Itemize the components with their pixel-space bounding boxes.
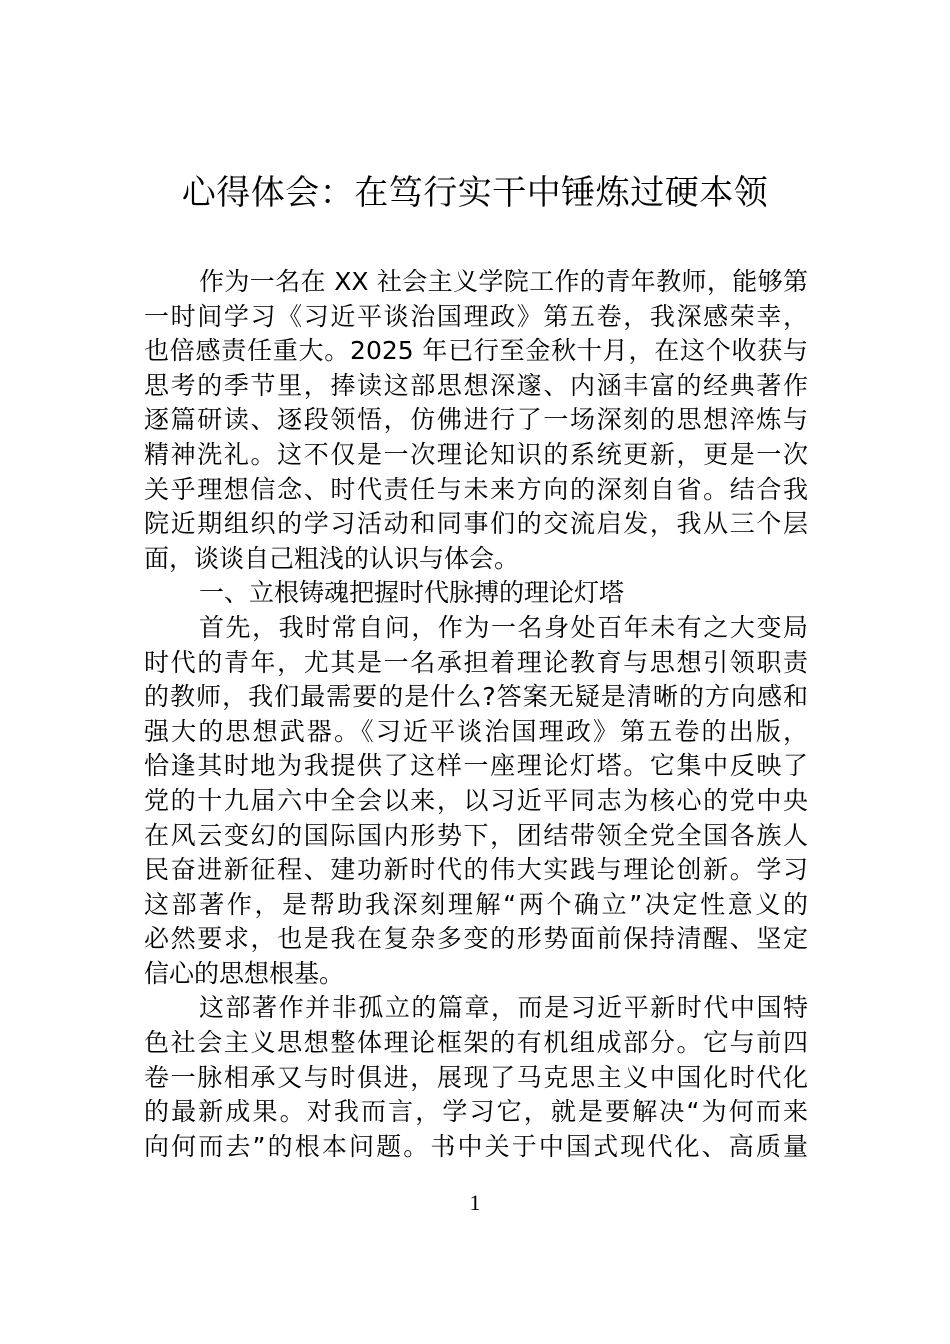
text-line: 一时间学习《习近平谈治国理政》第五卷，我深感荣幸， [144, 300, 808, 335]
text-line: 时代的青年，尤其是一名承担着理论教育与思想引领职责 [144, 646, 808, 681]
text-line: 思考的季节里，捧读这部思想深邃、内涵丰富的经典著作 [144, 369, 808, 404]
text-line: 关乎理想信念、时代责任与未来方向的深刻自省。结合我 [144, 473, 808, 508]
text-line: 面，谈谈自己粗浅的认识与体会。 [144, 542, 808, 577]
text-line: 色社会主义思想整体理论框架的有机组成部分。它与前四 [144, 1026, 808, 1061]
text-line: 首先，我时常自问，作为一名身处百年未有之大变局 [144, 611, 808, 646]
text-line: 也倍感责任重大。2025 年已行至金秋十月，在这个收获与 [144, 334, 808, 369]
paragraph-intro: 作为一名在 XX 社会主义学院工作的青年教师，能够第 一时间学习《习近平谈治国理… [144, 265, 808, 576]
text-line: 信心的思想根基。 [144, 957, 808, 992]
text-line: 作为一名在 XX 社会主义学院工作的青年教师，能够第 [144, 265, 808, 300]
section-heading: 一、立根铸魂把握时代脉搏的理论灯塔 [144, 576, 808, 611]
page-number: 1 [0, 1190, 950, 1216]
text-line: 卷一脉相承又与时俱进，展现了马克思主义中国化时代化 [144, 1061, 808, 1096]
text-line: 在风云变幻的国际国内形势下，团结带领全党全国各族人 [144, 819, 808, 854]
document-body: 作为一名在 XX 社会主义学院工作的青年教师，能够第 一时间学习《习近平谈治国理… [144, 265, 808, 1164]
text-line: 必然要求，也是我在复杂多变的形势面前保持清醒、坚定 [144, 922, 808, 957]
paragraph-first-point: 首先，我时常自问，作为一名身处百年未有之大变局 时代的青年，尤其是一名承担着理论… [144, 611, 808, 992]
text-line: 逐篇研读、逐段领悟，仿佛进行了一场深刻的思想淬炼与 [144, 403, 808, 438]
text-line: 强大的思想武器。《习近平谈治国理政》第五卷的出版， [144, 715, 808, 750]
document-title: 心得体会：在笃行实干中锤炼过硬本领 [0, 168, 950, 218]
text-line: 的教师，我们最需要的是什么?答案无疑是清晰的方向感和 [144, 680, 808, 715]
text-line: 院近期组织的学习活动和同事们的交流启发，我从三个层 [144, 507, 808, 542]
document-page: 心得体会：在笃行实干中锤炼过硬本领 作为一名在 XX 社会主义学院工作的青年教师… [0, 0, 950, 1344]
text-line: 这部著作并非孤立的篇章，而是习近平新时代中国特 [144, 991, 808, 1026]
text-line: 精神洗礼。这不仅是一次理论知识的系统更新，更是一次 [144, 438, 808, 473]
text-line: 恰逢其时地为我提供了这样一座理论灯塔。它集中反映了 [144, 749, 808, 784]
text-line: 民奋进新征程、建功新时代的伟大实践与理论创新。学习 [144, 853, 808, 888]
text-line: 这部著作，是帮助我深刻理解“两个确立”决定性意义的 [144, 888, 808, 923]
text-line: 向何而去”的根本问题。书中关于中国式现代化、高质量 [144, 1130, 808, 1165]
text-line: 的最新成果。对我而言，学习它，就是要解决“为何而来 [144, 1095, 808, 1130]
paragraph-framework: 这部著作并非孤立的篇章，而是习近平新时代中国特 色社会主义思想整体理论框架的有机… [144, 991, 808, 1164]
text-line: 党的十九届六中全会以来，以习近平同志为核心的党中央 [144, 784, 808, 819]
